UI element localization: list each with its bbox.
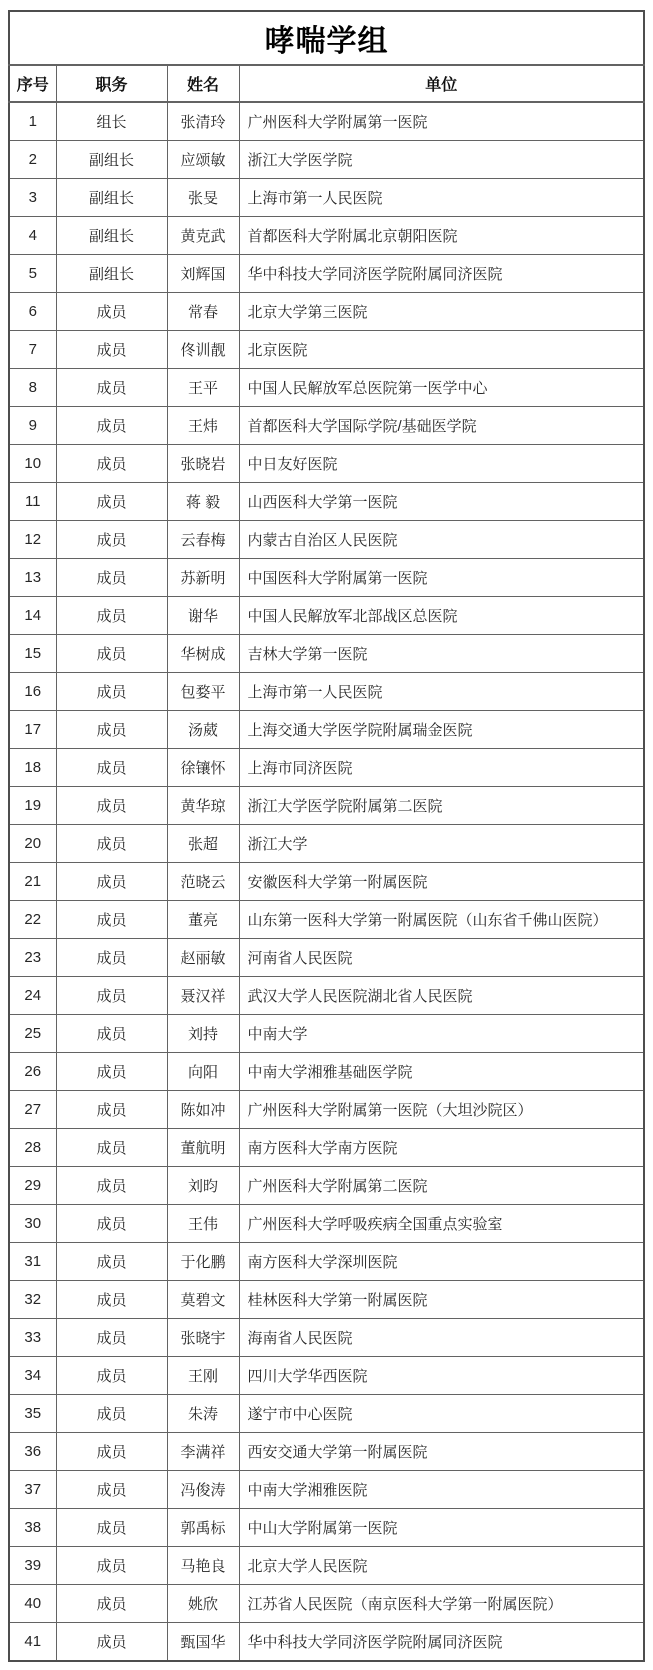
cell-index: 29 <box>9 1167 56 1205</box>
cell-role: 成员 <box>56 1205 167 1243</box>
cell-name: 董亮 <box>167 901 239 939</box>
table-header-row: 序号 职务 姓名 单位 <box>9 65 644 102</box>
table-row: 6成员常春北京大学第三医院 <box>9 293 644 331</box>
cell-organization: 中国人民解放军总医院第一医学中心 <box>239 369 644 407</box>
cell-index: 16 <box>9 673 56 711</box>
table-row: 14成员谢华中国人民解放军北部战区总医院 <box>9 597 644 635</box>
cell-role: 成员 <box>56 939 167 977</box>
table-row: 12成员云春梅内蒙古自治区人民医院 <box>9 521 644 559</box>
table-row: 35成员朱涛遂宁市中心医院 <box>9 1395 644 1433</box>
cell-role: 成员 <box>56 1509 167 1547</box>
cell-name: 黄克武 <box>167 217 239 255</box>
table-row: 3副组长张旻上海市第一人民医院 <box>9 179 644 217</box>
cell-name: 范晓云 <box>167 863 239 901</box>
cell-organization: 内蒙古自治区人民医院 <box>239 521 644 559</box>
table-row: 26成员向阳中南大学湘雅基础医学院 <box>9 1053 644 1091</box>
table-row: 15成员华树成吉林大学第一医院 <box>9 635 644 673</box>
cell-role: 成员 <box>56 293 167 331</box>
table-row: 18成员徐镶怀上海市同济医院 <box>9 749 644 787</box>
table-row: 31成员于化鹏南方医科大学深圳医院 <box>9 1243 644 1281</box>
cell-role: 副组长 <box>56 217 167 255</box>
cell-role: 成员 <box>56 1319 167 1357</box>
cell-name: 郭禹标 <box>167 1509 239 1547</box>
asthma-group-table: 哮喘学组 序号 职务 姓名 单位 1组长张清玲广州医科大学附属第一医院2副组长应… <box>8 10 645 1662</box>
cell-organization: 上海市同济医院 <box>239 749 644 787</box>
cell-index: 19 <box>9 787 56 825</box>
cell-index: 25 <box>9 1015 56 1053</box>
cell-role: 成员 <box>56 1433 167 1471</box>
table-row: 5副组长刘辉国华中科技大学同济医学院附属同济医院 <box>9 255 644 293</box>
cell-organization: 安徽医科大学第一附属医院 <box>239 863 644 901</box>
cell-name: 张晓宇 <box>167 1319 239 1357</box>
cell-role: 成员 <box>56 483 167 521</box>
column-header-index: 序号 <box>9 65 56 102</box>
cell-index: 12 <box>9 521 56 559</box>
cell-role: 成员 <box>56 1585 167 1623</box>
cell-role: 成员 <box>56 1243 167 1281</box>
table-row: 32成员莫碧文桂林医科大学第一附属医院 <box>9 1281 644 1319</box>
cell-name: 张超 <box>167 825 239 863</box>
cell-name: 云春梅 <box>167 521 239 559</box>
cell-name: 华树成 <box>167 635 239 673</box>
cell-organization: 四川大学华西医院 <box>239 1357 644 1395</box>
cell-index: 14 <box>9 597 56 635</box>
cell-organization: 中南大学 <box>239 1015 644 1053</box>
cell-role: 成员 <box>56 1395 167 1433</box>
cell-index: 38 <box>9 1509 56 1547</box>
cell-name: 王炜 <box>167 407 239 445</box>
cell-name: 徐镶怀 <box>167 749 239 787</box>
cell-name: 董航明 <box>167 1129 239 1167</box>
cell-name: 佟训靓 <box>167 331 239 369</box>
cell-index: 15 <box>9 635 56 673</box>
cell-name: 黄华琼 <box>167 787 239 825</box>
table-row: 41成员甄国华华中科技大学同济医学院附属同济医院 <box>9 1623 644 1662</box>
cell-index: 5 <box>9 255 56 293</box>
cell-name: 张旻 <box>167 179 239 217</box>
cell-organization: 吉林大学第一医院 <box>239 635 644 673</box>
cell-name: 应颂敏 <box>167 141 239 179</box>
cell-index: 7 <box>9 331 56 369</box>
cell-role: 成员 <box>56 901 167 939</box>
table-row: 13成员苏新明中国医科大学附属第一医院 <box>9 559 644 597</box>
cell-organization: 上海市第一人民医院 <box>239 179 644 217</box>
cell-index: 9 <box>9 407 56 445</box>
table-row: 22成员董亮山东第一医科大学第一附属医院（山东省千佛山医院） <box>9 901 644 939</box>
cell-organization: 山东第一医科大学第一附属医院（山东省千佛山医院） <box>239 901 644 939</box>
cell-index: 13 <box>9 559 56 597</box>
cell-index: 37 <box>9 1471 56 1509</box>
cell-index: 40 <box>9 1585 56 1623</box>
cell-index: 28 <box>9 1129 56 1167</box>
cell-name: 向阳 <box>167 1053 239 1091</box>
cell-name: 陈如冲 <box>167 1091 239 1129</box>
table-row: 24成员聂汉祥武汉大学人民医院湖北省人民医院 <box>9 977 644 1015</box>
cell-role: 成员 <box>56 863 167 901</box>
cell-role: 成员 <box>56 977 167 1015</box>
cell-name: 甄国华 <box>167 1623 239 1662</box>
cell-index: 6 <box>9 293 56 331</box>
title-row: 哮喘学组 <box>9 11 644 65</box>
cell-name: 莫碧文 <box>167 1281 239 1319</box>
table-row: 9成员王炜首都医科大学国际学院/基础医学院 <box>9 407 644 445</box>
cell-index: 17 <box>9 711 56 749</box>
cell-index: 36 <box>9 1433 56 1471</box>
table-row: 29成员刘昀广州医科大学附属第二医院 <box>9 1167 644 1205</box>
cell-role: 成员 <box>56 749 167 787</box>
cell-name: 赵丽敏 <box>167 939 239 977</box>
table-row: 39成员马艳良北京大学人民医院 <box>9 1547 644 1585</box>
cell-index: 4 <box>9 217 56 255</box>
cell-name: 于化鹏 <box>167 1243 239 1281</box>
member-roster-document: 哮喘学组 序号 职务 姓名 单位 1组长张清玲广州医科大学附属第一医院2副组长应… <box>0 0 653 1670</box>
cell-role: 成员 <box>56 597 167 635</box>
cell-role: 成员 <box>56 521 167 559</box>
cell-name: 王刚 <box>167 1357 239 1395</box>
cell-name: 常春 <box>167 293 239 331</box>
cell-index: 3 <box>9 179 56 217</box>
cell-organization: 上海市第一人民医院 <box>239 673 644 711</box>
cell-index: 10 <box>9 445 56 483</box>
cell-organization: 中山大学附属第一医院 <box>239 1509 644 1547</box>
column-header-role: 职务 <box>56 65 167 102</box>
table-row: 21成员范晓云安徽医科大学第一附属医院 <box>9 863 644 901</box>
cell-role: 成员 <box>56 1547 167 1585</box>
cell-role: 成员 <box>56 1053 167 1091</box>
table-row: 7成员佟训靓北京医院 <box>9 331 644 369</box>
cell-role: 副组长 <box>56 255 167 293</box>
cell-role: 成员 <box>56 331 167 369</box>
cell-index: 2 <box>9 141 56 179</box>
table-row: 1组长张清玲广州医科大学附属第一医院 <box>9 102 644 141</box>
table-row: 25成员刘持中南大学 <box>9 1015 644 1053</box>
cell-name: 谢华 <box>167 597 239 635</box>
cell-role: 成员 <box>56 1015 167 1053</box>
table-row: 33成员张晓宇海南省人民医院 <box>9 1319 644 1357</box>
cell-organization: 浙江大学医学院附属第二医院 <box>239 787 644 825</box>
table-body: 1组长张清玲广州医科大学附属第一医院2副组长应颂敏浙江大学医学院3副组长张旻上海… <box>9 102 644 1661</box>
cell-organization: 广州医科大学呼吸疾病全国重点实验室 <box>239 1205 644 1243</box>
column-header-name: 姓名 <box>167 65 239 102</box>
table-row: 28成员董航明南方医科大学南方医院 <box>9 1129 644 1167</box>
cell-organization: 广州医科大学附属第二医院 <box>239 1167 644 1205</box>
cell-organization: 河南省人民医院 <box>239 939 644 977</box>
cell-name: 张清玲 <box>167 102 239 141</box>
cell-name: 刘持 <box>167 1015 239 1053</box>
cell-index: 39 <box>9 1547 56 1585</box>
cell-index: 24 <box>9 977 56 1015</box>
cell-name: 聂汉祥 <box>167 977 239 1015</box>
cell-name: 马艳良 <box>167 1547 239 1585</box>
table-row: 11成员蒋 毅山西医科大学第一医院 <box>9 483 644 521</box>
cell-role: 成员 <box>56 825 167 863</box>
cell-index: 26 <box>9 1053 56 1091</box>
cell-name: 刘昀 <box>167 1167 239 1205</box>
cell-index: 20 <box>9 825 56 863</box>
cell-role: 组长 <box>56 102 167 141</box>
cell-role: 成员 <box>56 1623 167 1662</box>
cell-organization: 北京大学第三医院 <box>239 293 644 331</box>
cell-organization: 华中科技大学同济医学院附属同济医院 <box>239 255 644 293</box>
cell-name: 汤葳 <box>167 711 239 749</box>
table-row: 40成员姚欣江苏省人民医院（南京医科大学第一附属医院） <box>9 1585 644 1623</box>
column-header-organization: 单位 <box>239 65 644 102</box>
cell-role: 成员 <box>56 559 167 597</box>
cell-organization: 海南省人民医院 <box>239 1319 644 1357</box>
cell-role: 成员 <box>56 711 167 749</box>
cell-role: 成员 <box>56 1281 167 1319</box>
cell-organization: 中南大学湘雅医院 <box>239 1471 644 1509</box>
cell-index: 22 <box>9 901 56 939</box>
cell-name: 苏新明 <box>167 559 239 597</box>
cell-index: 32 <box>9 1281 56 1319</box>
cell-index: 35 <box>9 1395 56 1433</box>
cell-organization: 武汉大学人民医院湖北省人民医院 <box>239 977 644 1015</box>
cell-name: 王伟 <box>167 1205 239 1243</box>
cell-index: 11 <box>9 483 56 521</box>
cell-organization: 桂林医科大学第一附属医院 <box>239 1281 644 1319</box>
cell-role: 成员 <box>56 407 167 445</box>
table-row: 36成员李满祥西安交通大学第一附属医院 <box>9 1433 644 1471</box>
cell-organization: 华中科技大学同济医学院附属同济医院 <box>239 1623 644 1662</box>
table-row: 8成员王平中国人民解放军总医院第一医学中心 <box>9 369 644 407</box>
cell-name: 蒋 毅 <box>167 483 239 521</box>
cell-organization: 中国人民解放军北部战区总医院 <box>239 597 644 635</box>
cell-index: 1 <box>9 102 56 141</box>
cell-name: 包婺平 <box>167 673 239 711</box>
cell-index: 8 <box>9 369 56 407</box>
cell-organization: 首都医科大学国际学院/基础医学院 <box>239 407 644 445</box>
cell-name: 王平 <box>167 369 239 407</box>
cell-organization: 北京医院 <box>239 331 644 369</box>
cell-organization: 中国医科大学附属第一医院 <box>239 559 644 597</box>
cell-role: 成员 <box>56 787 167 825</box>
table-row: 27成员陈如冲广州医科大学附属第一医院（大坦沙院区） <box>9 1091 644 1129</box>
table-row: 30成员王伟广州医科大学呼吸疾病全国重点实验室 <box>9 1205 644 1243</box>
cell-organization: 广州医科大学附属第一医院（大坦沙院区） <box>239 1091 644 1129</box>
cell-name: 姚欣 <box>167 1585 239 1623</box>
cell-organization: 西安交通大学第一附属医院 <box>239 1433 644 1471</box>
cell-index: 21 <box>9 863 56 901</box>
cell-organization: 南方医科大学深圳医院 <box>239 1243 644 1281</box>
cell-name: 李满祥 <box>167 1433 239 1471</box>
cell-organization: 北京大学人民医院 <box>239 1547 644 1585</box>
table-row: 10成员张晓岩中日友好医院 <box>9 445 644 483</box>
cell-index: 34 <box>9 1357 56 1395</box>
table-row: 17成员汤葳上海交通大学医学院附属瑞金医院 <box>9 711 644 749</box>
page-title: 哮喘学组 <box>9 11 644 65</box>
cell-organization: 江苏省人民医院（南京医科大学第一附属医院） <box>239 1585 644 1623</box>
cell-name: 朱涛 <box>167 1395 239 1433</box>
cell-name: 张晓岩 <box>167 445 239 483</box>
table-row: 16成员包婺平上海市第一人民医院 <box>9 673 644 711</box>
cell-role: 成员 <box>56 673 167 711</box>
cell-role: 成员 <box>56 1167 167 1205</box>
cell-role: 成员 <box>56 1357 167 1395</box>
cell-role: 成员 <box>56 369 167 407</box>
cell-organization: 南方医科大学南方医院 <box>239 1129 644 1167</box>
cell-organization: 中日友好医院 <box>239 445 644 483</box>
table-row: 20成员张超浙江大学 <box>9 825 644 863</box>
cell-role: 成员 <box>56 635 167 673</box>
table-row: 23成员赵丽敏河南省人民医院 <box>9 939 644 977</box>
cell-role: 副组长 <box>56 179 167 217</box>
cell-role: 成员 <box>56 1471 167 1509</box>
cell-role: 成员 <box>56 445 167 483</box>
table-row: 37成员冯俊涛中南大学湘雅医院 <box>9 1471 644 1509</box>
cell-organization: 首都医科大学附属北京朝阳医院 <box>239 217 644 255</box>
table-row: 4副组长黄克武首都医科大学附属北京朝阳医院 <box>9 217 644 255</box>
cell-index: 31 <box>9 1243 56 1281</box>
cell-index: 18 <box>9 749 56 787</box>
table-row: 38成员郭禹标中山大学附属第一医院 <box>9 1509 644 1547</box>
cell-role: 副组长 <box>56 141 167 179</box>
table-row: 2副组长应颂敏浙江大学医学院 <box>9 141 644 179</box>
cell-name: 刘辉国 <box>167 255 239 293</box>
cell-organization: 上海交通大学医学院附属瑞金医院 <box>239 711 644 749</box>
cell-name: 冯俊涛 <box>167 1471 239 1509</box>
cell-role: 成员 <box>56 1129 167 1167</box>
table-row: 19成员黄华琼浙江大学医学院附属第二医院 <box>9 787 644 825</box>
cell-index: 33 <box>9 1319 56 1357</box>
cell-organization: 山西医科大学第一医院 <box>239 483 644 521</box>
cell-index: 41 <box>9 1623 56 1662</box>
cell-role: 成员 <box>56 1091 167 1129</box>
cell-organization: 遂宁市中心医院 <box>239 1395 644 1433</box>
cell-organization: 广州医科大学附属第一医院 <box>239 102 644 141</box>
cell-index: 30 <box>9 1205 56 1243</box>
cell-organization: 浙江大学医学院 <box>239 141 644 179</box>
cell-organization: 中南大学湘雅基础医学院 <box>239 1053 644 1091</box>
cell-index: 23 <box>9 939 56 977</box>
cell-organization: 浙江大学 <box>239 825 644 863</box>
table-row: 34成员王刚四川大学华西医院 <box>9 1357 644 1395</box>
cell-index: 27 <box>9 1091 56 1129</box>
